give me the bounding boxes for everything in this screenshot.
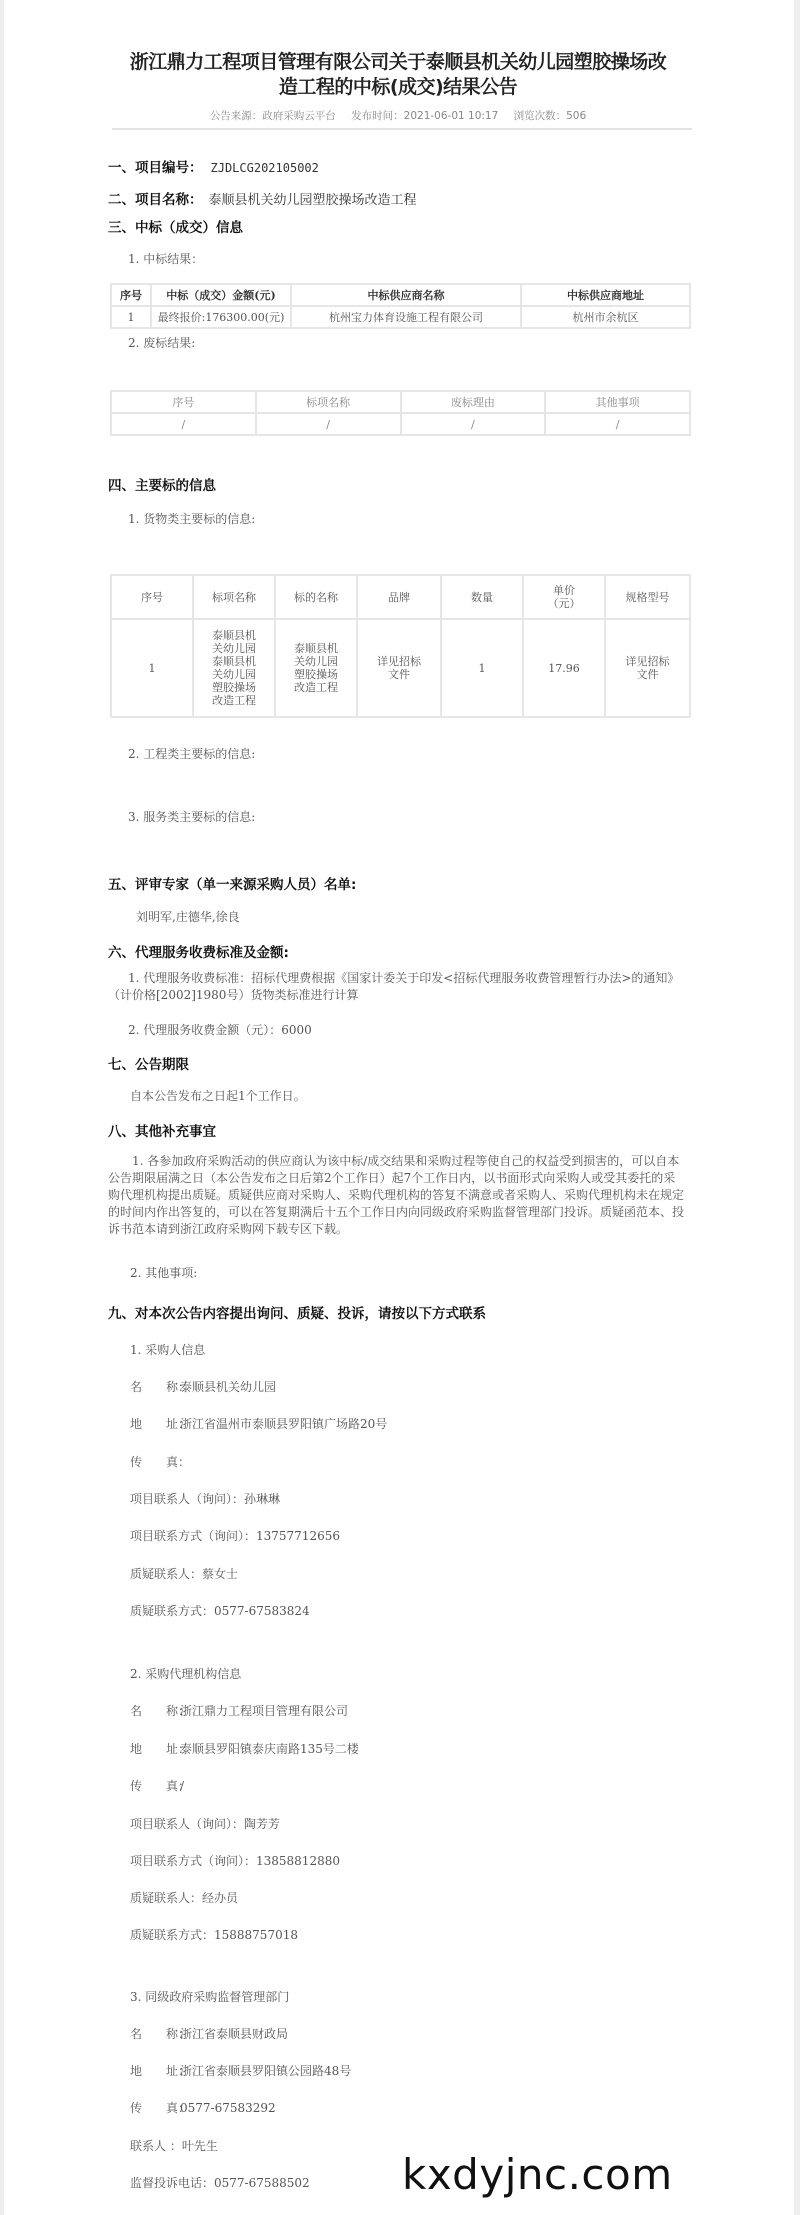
expert-names: 刘明军,庄德华,徐良 <box>136 908 240 925</box>
page-border-right <box>794 0 800 2215</box>
table-row: 1 泰顺县机关幼儿园泰顺县机关幼儿园塑胶操场改造工程 泰顺县机关幼儿园塑胶操场改… <box>111 619 690 717</box>
notice-period-text: 自本公告发布之日起1个工作日。 <box>130 1087 306 1104</box>
fee-standard: 1. 代理服务收费标准：招标代理费根据《国家计委关于印发<招标代理服务收费管理暂… <box>108 970 686 1004</box>
goods-info-label: 1. 货物类主要标的信息: <box>128 510 255 527</box>
goods-table: 序号 标项名称 标的名称 品牌 数量 单价（元） 规格型号 1 泰顺县机关幼儿园… <box>110 574 691 718</box>
fee-amount: 2. 代理服务收费金额（元）：6000 <box>128 1021 312 1038</box>
section-supplementary: 八、其他补充事宜 <box>108 1120 216 1140</box>
award-result-label: 1. 中标结果： <box>128 250 203 267</box>
publish-time: 发布时间：2021-06-01 10:17 <box>351 110 498 122</box>
section-award-info: 三、中标（成交）信息 <box>108 216 243 236</box>
header-divider <box>112 128 692 130</box>
page-border-left <box>0 0 4 2215</box>
meta-bar: 公告来源：政府采购云平台 发布时间：2021-06-01 10:17 浏览次数：… <box>108 108 688 123</box>
section-main-items: 四、主要标的信息 <box>108 474 216 494</box>
section-notice-period: 七、公告期限 <box>108 1053 189 1073</box>
section-experts: 五、评审专家（单一来源采购人员）名单: <box>108 873 356 893</box>
section-contact: 九、对本次公告内容提出询问、质疑、投诉，请按以下方式联系 <box>108 1302 486 1322</box>
section-project-number: 一、项目编号：ZJDLCG202105002 <box>108 156 319 176</box>
complaint-notice: 1. 各参加政府采购活动的供应商认为该中标/成交结果和采购过程等使自己的权益受到… <box>108 1153 686 1238</box>
announcement-page: 浙江鼎力工程项目管理有限公司关于泰顺县机关幼儿园塑胶操场改 造工程的中标(成交)… <box>108 0 688 130</box>
void-table: 序号 标项名称 废标理由 其他事项 / / / / <box>110 390 691 436</box>
service-info-label: 3. 服务类主要标的信息: <box>128 808 255 825</box>
source-label: 公告来源：政府采购云平台 <box>210 110 336 122</box>
table-row: 1 最终报价:176300.00(元) 杭州宝力体育设施工程有限公司 杭州市余杭… <box>111 306 690 328</box>
view-count: 浏览次数：506 <box>514 110 587 122</box>
table-row: / / / / <box>111 413 690 435</box>
void-result-label: 2. 废标结果: <box>128 334 195 351</box>
section-project-name: 二、项目名称：泰顺县机关幼儿园塑胶操场改造工程 <box>108 188 417 208</box>
section-agency-fee: 六、代理服务收费标准及金额: <box>108 941 289 961</box>
engineering-info-label: 2. 工程类主要标的信息: <box>128 745 255 762</box>
page-title: 浙江鼎力工程项目管理有限公司关于泰顺县机关幼儿园塑胶操场改 造工程的中标(成交)… <box>108 50 688 100</box>
award-table: 序号 中标（成交）金额(元) 中标供应商名称 中标供应商地址 1 最终报价:17… <box>110 283 691 329</box>
other-matters: 2. 其他事项: <box>130 1264 197 1281</box>
watermark: kxdyjnc.com <box>402 2150 673 2199</box>
